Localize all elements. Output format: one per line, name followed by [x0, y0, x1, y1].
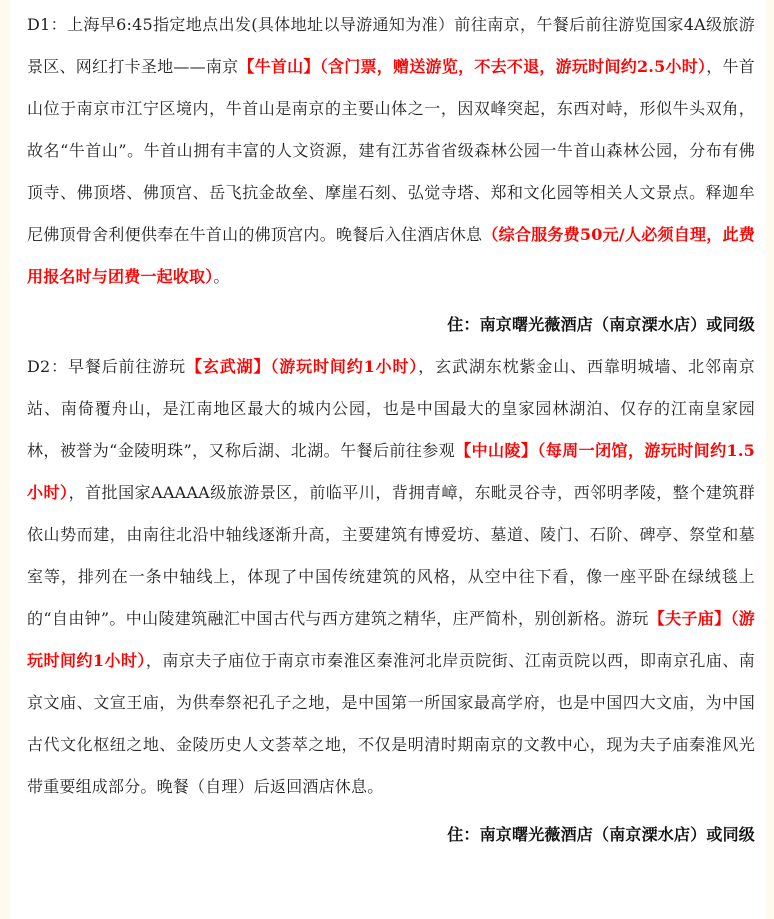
- day1-description: D1：上海早6:45指定地点出发(具体地址以导游通知为准）前往南京，午餐后前往游…: [27, 4, 755, 298]
- day1-text-2: ，牛首山位于南京市江宁区境内，牛首山是南京的主要山体之一，因双峰突起，东西对峙，…: [27, 57, 755, 244]
- day2-text-4: ，南京夫子庙位于南京市秦淮区秦淮河北岸贡院街、江南贡院以西，即南京孔庙、南京文庙…: [27, 651, 755, 796]
- day1-highlight-niushoushan: 【牛首山】（含门票，赠送游览，不去不退，游玩时间约2.5小时）: [238, 57, 706, 76]
- day2-highlight-xuanwuhu: 【玄武湖】（游玩时间约1小时）: [186, 357, 418, 376]
- day1-text-3: 。: [213, 267, 229, 286]
- day1-lodging: 住：南京曙光薇酒店（南京溧水店）或同级: [27, 304, 755, 346]
- day2-text-3: ，首批国家AAAAA级旅游景区，前临平川，背拥青嶂，东毗灵谷寺，西邻明孝陵，整个…: [27, 483, 755, 628]
- itinerary-content: D1：上海早6:45指定地点出发(具体地址以导游通知为准）前往南京，午餐后前往游…: [27, 4, 755, 856]
- day2-text-1: D2：早餐后前往游玩: [27, 357, 186, 376]
- document-page: D1：上海早6:45指定地点出发(具体地址以导游通知为准）前往南京，午餐后前往游…: [10, 0, 766, 919]
- day2-description: D2：早餐后前往游玩【玄武湖】（游玩时间约1小时），玄武湖东枕紫金山、西靠明城墙…: [27, 346, 755, 808]
- day2-lodging: 住：南京曙光薇酒店（南京溧水店）或同级: [27, 814, 755, 856]
